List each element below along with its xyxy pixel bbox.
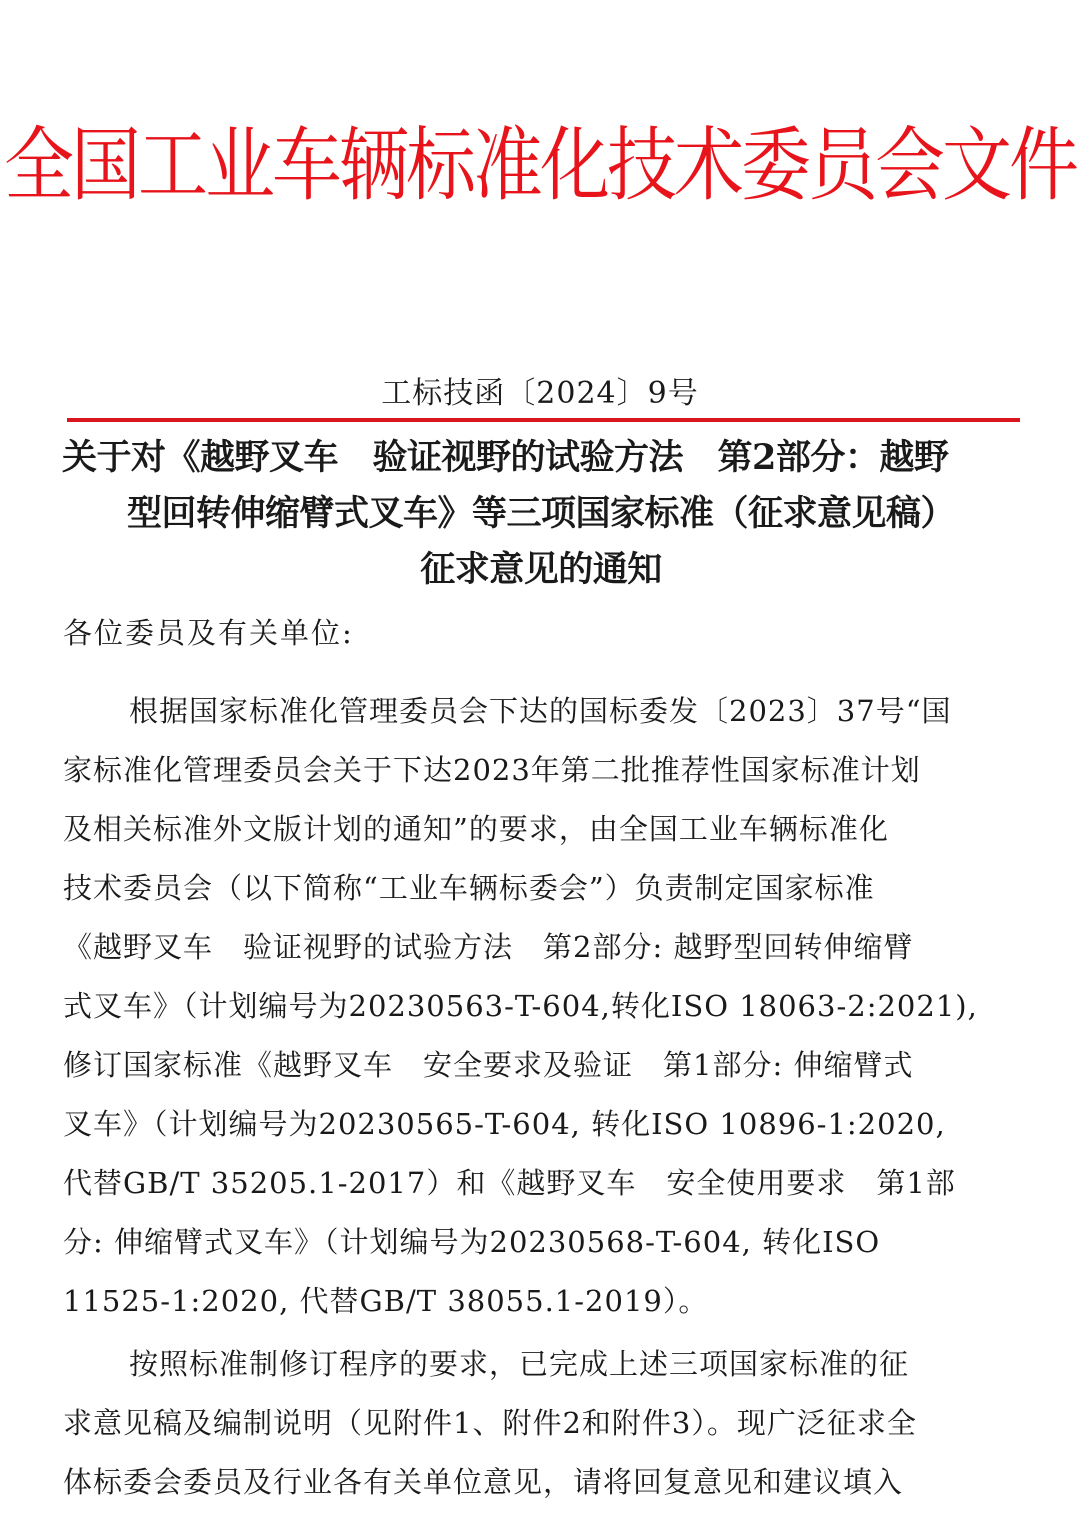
document-number: 工标技函〔2024〕9号 (0, 372, 1080, 416)
paragraph-line: 根据国家标准化管理委员会下达的国标委发〔2023〕37号“国 (63, 682, 1023, 741)
paragraph-line: 技术委员会（以下简称“工业车辆标委会”）负责制定国家标准 (63, 859, 1023, 918)
paragraph-line: 修订国家标准《越野叉车 安全要求及验证 第1部分: 伸缩臂式 (63, 1036, 1023, 1095)
title-line: 关于对《越野叉车 验证视野的试验方法 第2部分：越野 (62, 430, 1020, 486)
notice-title: 关于对《越野叉车 验证视野的试验方法 第2部分：越野 型回转伸缩臂式叉车》等三项… (62, 430, 1020, 598)
body-paragraph-2: 按照标准制修订程序的要求，已完成上述三项国家标准的征 求意见稿及编制说明（见附件… (63, 1335, 1023, 1512)
paragraph-line: 求意见稿及编制说明（见附件1、附件2和附件3）。现广泛征求全 (63, 1394, 1023, 1453)
paragraph-line: 体标委会委员及行业各有关单位意见，请将回复意见和建议填入 (63, 1453, 1023, 1512)
body-paragraph-1: 根据国家标准化管理委员会下达的国标委发〔2023〕37号“国 家标准化管理委员会… (63, 682, 1023, 1331)
paragraph-line: 代替GB/T 35205.1-2017）和《越野叉车 安全使用要求 第1部 (63, 1154, 1023, 1213)
paragraph-line: 11525-1:2020, 代替GB/T 38055.1-2019）。 (63, 1272, 1023, 1331)
paragraph-line: 按照标准制修订程序的要求，已完成上述三项国家标准的征 (63, 1335, 1023, 1394)
title-line: 型回转伸缩臂式叉车》等三项国家标准（征求意见稿） (62, 486, 1020, 542)
title-line: 征求意见的通知 (62, 542, 1020, 598)
paragraph-line: 及相关标准外文版计划的通知”的要求，由全国工业车辆标准化 (63, 800, 1023, 859)
paragraph-line: 《越野叉车 验证视野的试验方法 第2部分: 越野型回转伸缩臂 (63, 918, 1023, 977)
paragraph-line: 式叉车》（计划编号为20230563-T-604,转化ISO 18063-2:2… (63, 977, 1023, 1036)
paragraph-line: 家标准化管理委员会关于下达2023年第二批推荐性国家标准计划 (63, 741, 1023, 800)
salutation: 各位委员及有关单位: (63, 608, 354, 658)
masthead-title: 全国工业车辆标准化技术委员会文件 (0, 108, 1080, 223)
paragraph-line: 分: 伸缩臂式叉车》（计划编号为20230568-T-604, 转化ISO (63, 1213, 1023, 1272)
paragraph-line: 叉车》（计划编号为20230565-T-604, 转化ISO 10896-1:2… (63, 1095, 1023, 1154)
red-divider-rule (67, 418, 1020, 422)
